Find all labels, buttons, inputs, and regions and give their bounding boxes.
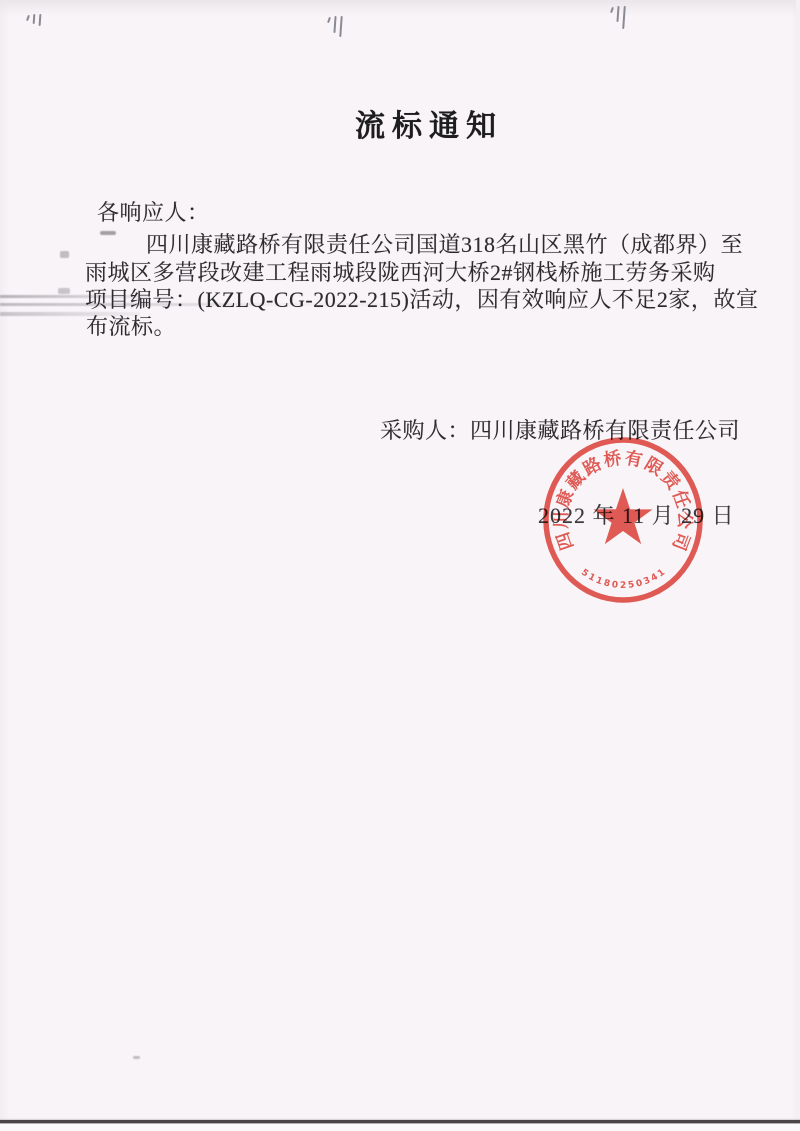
scan-edge-bottom-strip <box>0 1124 800 1131</box>
star-icon <box>594 488 653 544</box>
scan-artifact <box>60 251 69 258</box>
scan-artifact <box>58 288 70 294</box>
scan-edge-right <box>796 0 800 1131</box>
scan-artifact <box>328 16 342 37</box>
salutation-line: 各响应人： <box>97 196 210 227</box>
body-paragraph-line: 项目编号：(KZLQ-CG-2022-215)活动，因有效响应人不足2家，故宣 <box>85 283 758 314</box>
scan-artifact <box>100 231 116 235</box>
scan-edge-bottom-line <box>0 1120 800 1123</box>
scanned-document-page: 流标通知 各响应人： 四川康藏路桥有限责任公司国道318名山区黑竹（成都界）至 … <box>0 0 800 1131</box>
page-title: 流标通知 <box>0 101 800 145</box>
body-paragraph-line: 布流标。 <box>86 310 176 341</box>
body-paragraph-line: 四川康藏路桥有限责任公司国道318名山区黑竹（成都界）至 <box>146 228 743 259</box>
scan-artifact <box>133 1056 140 1059</box>
scan-artifact <box>611 6 625 29</box>
company-seal-stamp: 四川康藏路桥有限责任公司 5118025034105 <box>540 434 710 609</box>
scan-artifact <box>27 14 41 26</box>
